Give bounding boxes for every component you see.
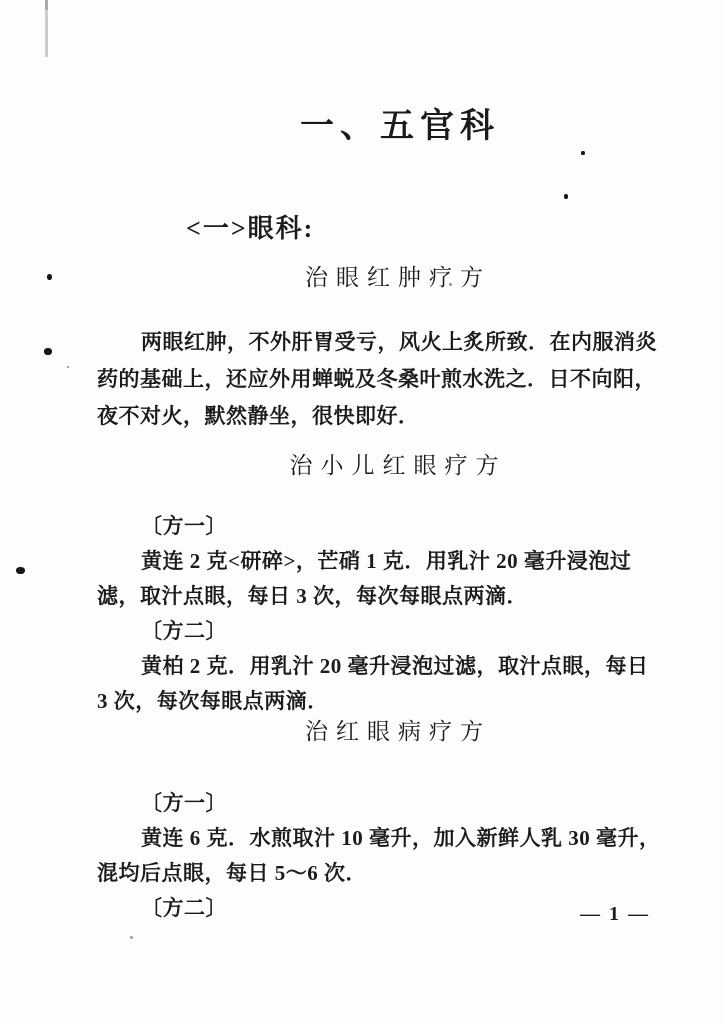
text-line: 滤，取汁点眼，每日 3 次，每次每眼点两滴．	[97, 579, 644, 614]
text-line: 3 次，每次每眼点两滴．	[97, 684, 644, 719]
scan-speck	[44, 348, 52, 355]
scanned-book-page: 一、五官科 <一>眼科: 治眼红肿疗方 两眼红肿，不外肝胃受亏，风火上炙所致．在…	[0, 0, 724, 1024]
scan-speck	[130, 936, 133, 939]
remedy-title: 治红眼病疗方	[0, 717, 724, 747]
text-line: 〔方二〕	[97, 891, 644, 926]
text-line: 混均后点眼，每日 5～6 次．	[97, 856, 644, 891]
text-line: 黄连 2 克<研碎>，芒硝 1 克．用乳汁 20 毫升浸泡过	[97, 544, 644, 579]
remedy-paragraph: 两眼红肿，不外肝胃受亏，风火上炙所致．在内服消炎 药的基础上，还应外用蝉蜕及冬桑…	[97, 324, 644, 435]
chapter-title: 一、五官科	[0, 106, 724, 148]
text-line: 〔方二〕	[97, 614, 644, 649]
scan-speck	[67, 366, 69, 368]
text-line: 〔方一〕	[97, 786, 644, 821]
scan-speck	[564, 194, 568, 199]
text-line: 黄连 6 克．水煎取汁 10 毫升，加入新鲜人乳 30 毫升，	[97, 821, 644, 856]
text-line: 黄柏 2 克．用乳汁 20 毫升浸泡过滤，取汁点眼，每日	[97, 649, 644, 684]
scan-speck	[581, 151, 585, 155]
scan-line-artifact	[45, 0, 48, 57]
text-line: 两眼红肿，不外肝胃受亏，风火上炙所致．在内服消炎	[97, 324, 644, 361]
text-line: 夜不对火，默然静坐，很快即好．	[97, 398, 644, 435]
remedy-paragraph: 〔方一〕 黄连 6 克．水煎取汁 10 毫升，加入新鲜人乳 30 毫升， 混均后…	[97, 786, 644, 926]
remedy-title: 治眼红肿疗方	[0, 263, 724, 293]
remedy-paragraph: 〔方一〕 黄连 2 克<研碎>，芒硝 1 克．用乳汁 20 毫升浸泡过 滤，取汁…	[97, 509, 644, 719]
scan-speck	[16, 567, 25, 574]
text-line: 药的基础上，还应外用蝉蜕及冬桑叶煎水洗之．日不向阳，	[97, 361, 644, 398]
text-line: 〔方一〕	[97, 509, 644, 544]
page-number: — 1 —	[580, 903, 650, 926]
section-heading: <一>眼科:	[186, 212, 314, 246]
remedy-title: 治小儿红眼疗方	[0, 451, 724, 481]
